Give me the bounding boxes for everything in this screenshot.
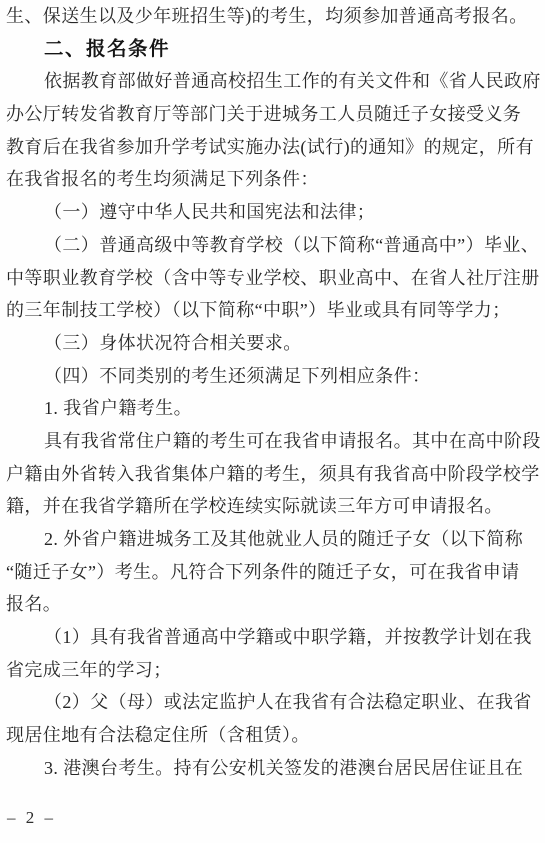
doc-line: 现居住地有合法稳定住所（含租赁）。 <box>6 719 539 752</box>
doc-line: 的三年制技工学校）（以下简称“中职”）毕业或具有同等学力； <box>6 294 539 327</box>
doc-line: 在我省报名的考生均须满足下列条件： <box>6 163 539 196</box>
doc-line: 户籍由外省转入我省集体户籍的考生，须具有我省高中阶段学校学 <box>6 458 539 491</box>
doc-line: 具有我省常住户籍的考生可在我省申请报名。其中在高中阶段 <box>6 425 539 458</box>
section-heading-baoming-tiaojian: 二、报名条件 <box>6 33 539 66</box>
doc-line-condition-1: （一）遵守中华人民共和国宪法和法律； <box>6 196 539 229</box>
doc-line: 中等职业教育学校（含中等专业学校、职业高中、在省人社厅注册 <box>6 262 539 295</box>
doc-line: 省完成三年的学习； <box>6 654 539 687</box>
page-number: – 2 – <box>7 808 56 828</box>
doc-line: 依据教育部做好普通高校招生工作的有关文件和《省人民政府 <box>6 65 539 98</box>
doc-line-item-1: 1. 我省户籍考生。 <box>6 392 539 425</box>
doc-line: “随迁子女”）考生。凡符合下列条件的随迁子女，可在我省申请 <box>6 556 539 589</box>
scanned-document-page: 生、保送生以及少年班招生等)的考生，均须参加普通高考报名。 二、报名条件 依据教… <box>0 0 545 843</box>
document-body: 生、保送生以及少年班招生等)的考生，均须参加普通高考报名。 二、报名条件 依据教… <box>6 0 539 785</box>
doc-line-subitem-1: （1）具有我省普通高中学籍或中职学籍，并按教学计划在我 <box>6 621 539 654</box>
doc-line-condition-4: （四）不同类别的考生还须满足下列相应条件： <box>6 360 539 393</box>
doc-line: 办公厅转发省教育厅等部门关于进城务工人员随迁子女接受义务 <box>6 98 539 131</box>
doc-line-item-2: 2. 外省户籍进城务工及其他就业人员的随迁子女（以下简称 <box>6 523 539 556</box>
doc-line-item-3: 3. 港澳台考生。持有公安机关签发的港澳台居民居住证且在 <box>6 752 539 785</box>
doc-line: 教育后在我省参加升学考试实施办法(试行)的通知》的规定，所有 <box>6 131 539 164</box>
doc-line: 报名。 <box>6 588 539 621</box>
doc-line-condition-3: （三）身体状况符合相关要求。 <box>6 327 539 360</box>
doc-line-condition-2: （二）普通高级中等教育学校（以下简称“普通高中”）毕业、 <box>6 229 539 262</box>
doc-line: 籍，并在我省学籍所在学校连续实际就读三年方可申请报名。 <box>6 490 539 523</box>
doc-line-subitem-2: （2）父（母）或法定监护人在我省有合法稳定职业、在我省 <box>6 686 539 719</box>
doc-line: 生、保送生以及少年班招生等)的考生，均须参加普通高考报名。 <box>6 0 539 33</box>
